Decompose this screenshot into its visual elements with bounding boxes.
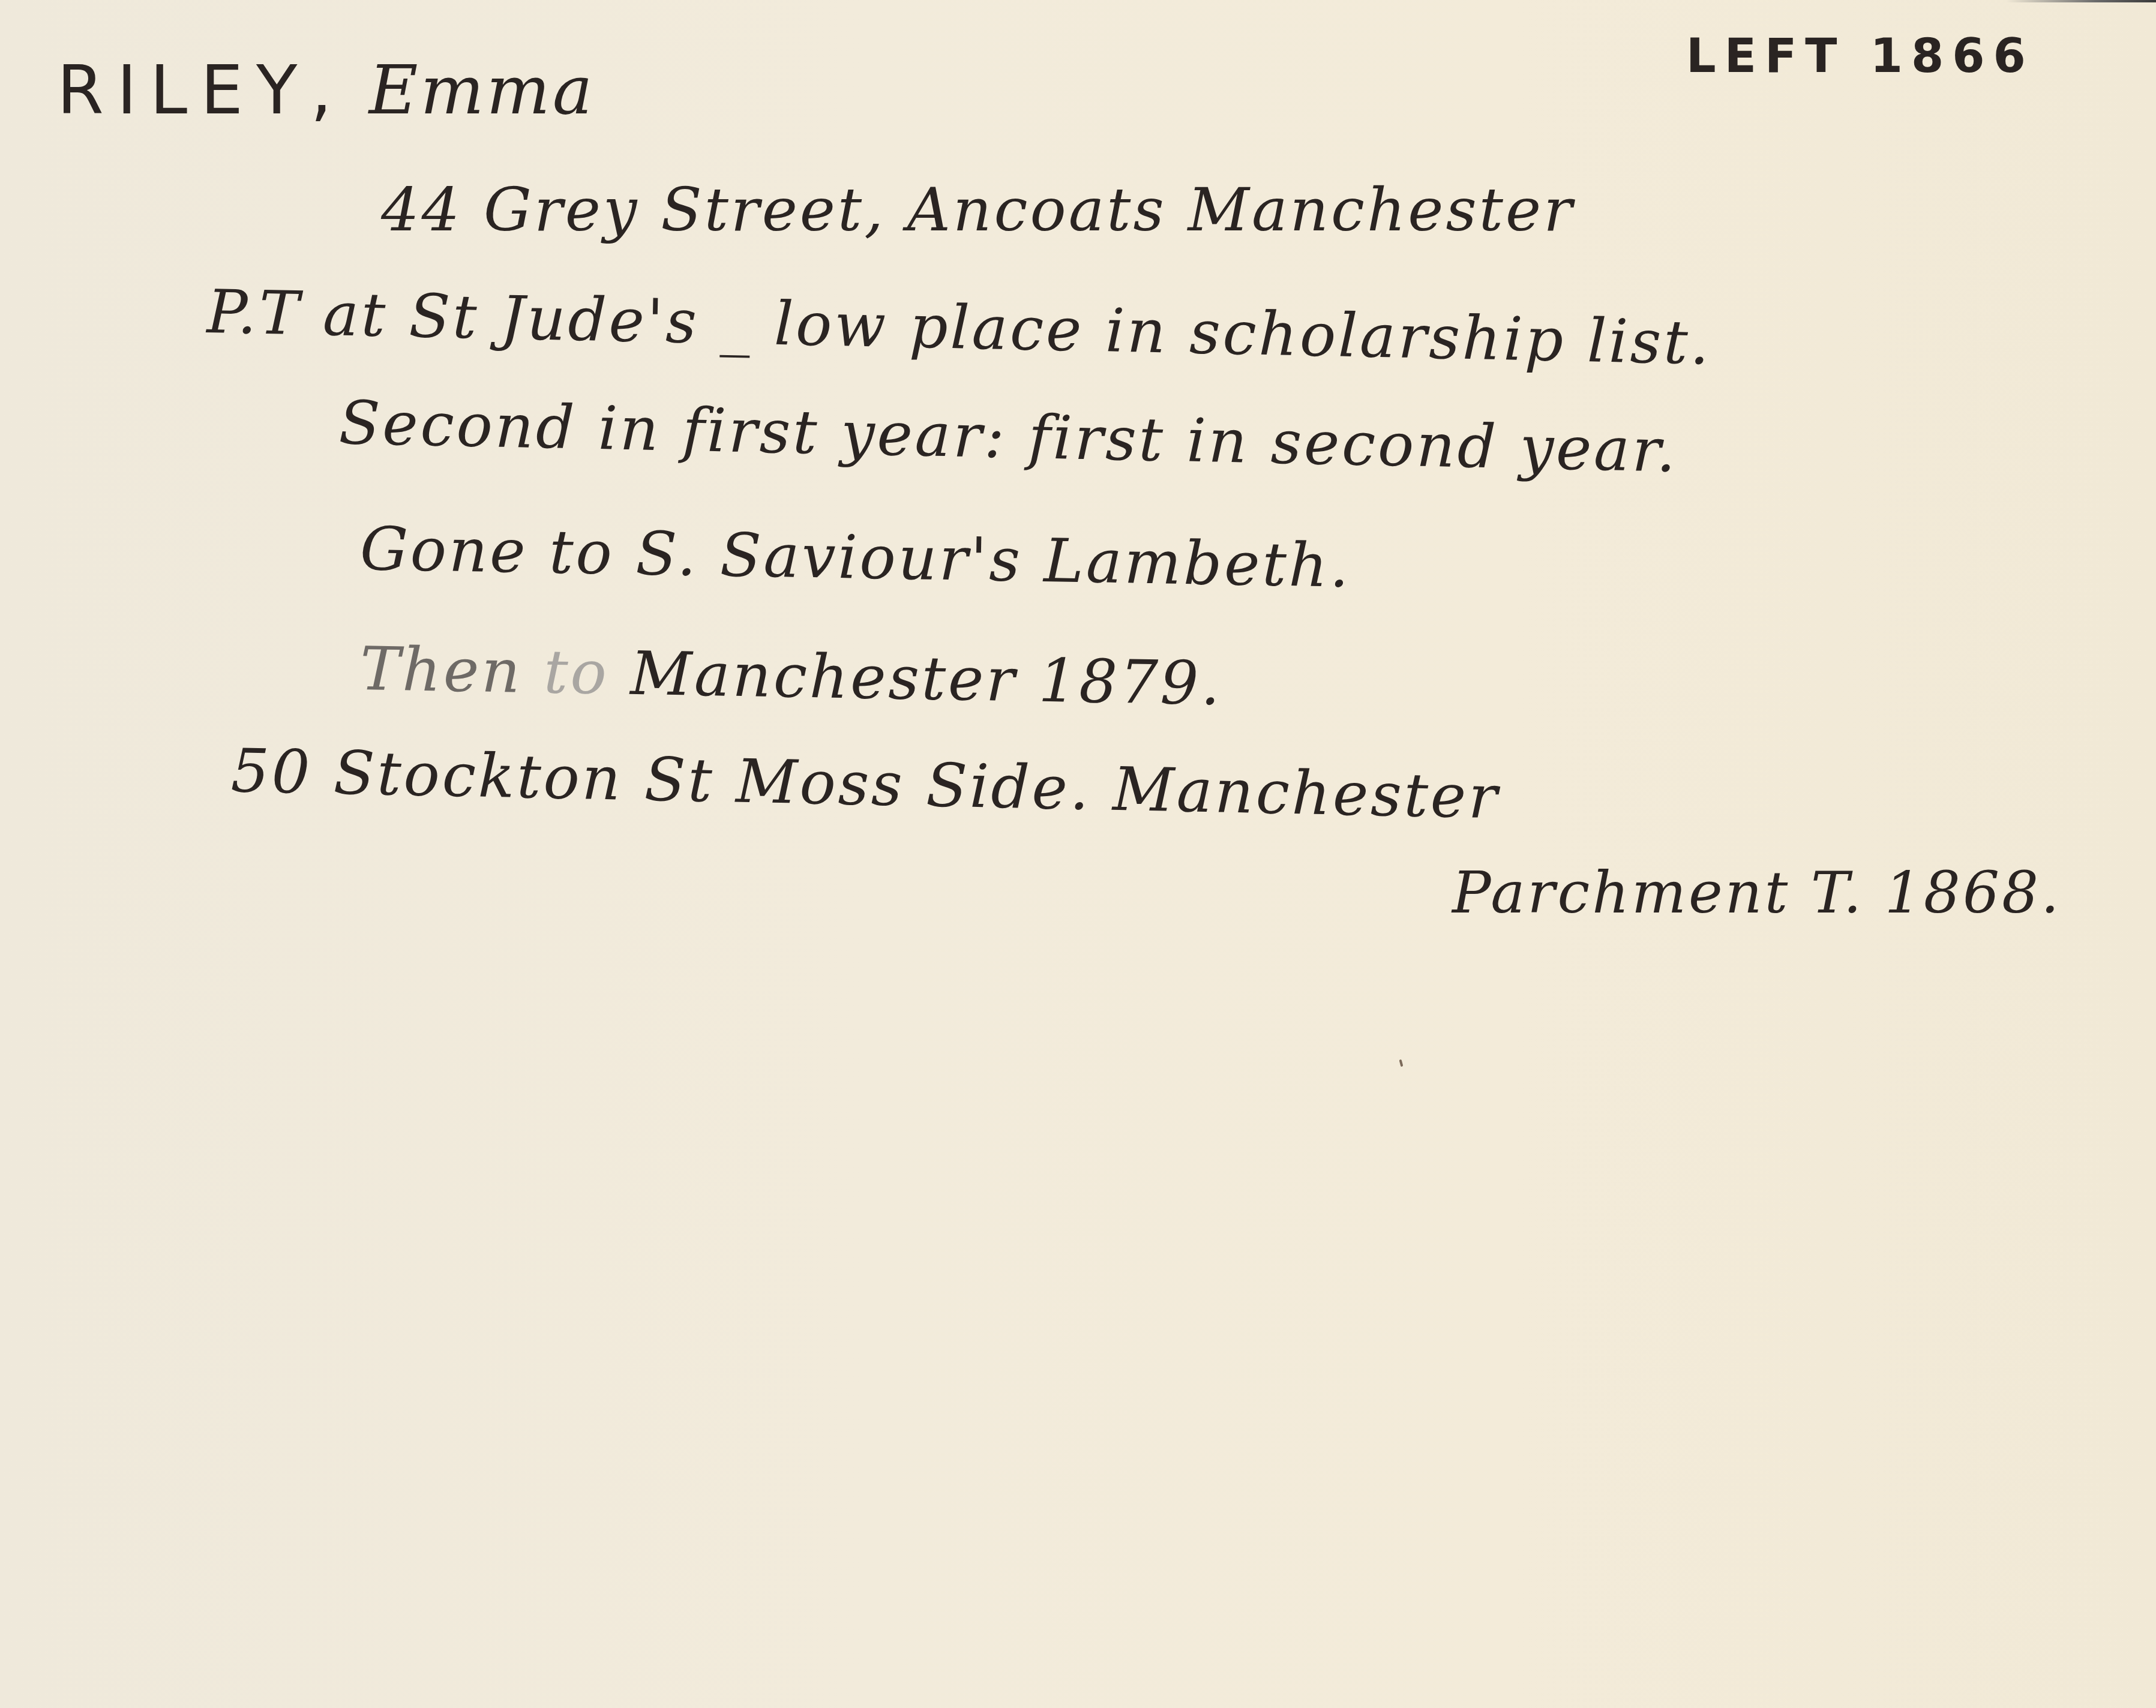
college-results: Second in first year: first in second ye… [338,393,1679,481]
then-word: Then [359,634,523,707]
student-name: RILEY, Emma [57,57,595,124]
then-destination: Manchester 1879. [630,638,1223,719]
scan-edge-shadow [2006,0,2156,2]
left-year-note: LEFT 1866 [1686,33,2034,80]
later-address: 50 Stockton St Moss Side. Manchester [230,741,1500,827]
parchment-note: Parchment T. 1868. [1452,864,2062,921]
pupil-teacher-note: P.T at St Jude's _ low place in scholars… [206,282,1712,373]
gone-to-note: Gone to S. Saviour's Lambeth. [359,519,1352,596]
record-card: RILEY, Emma LEFT 1866 44 Grey Street, An… [0,0,2156,1708]
forename: Emma [369,52,595,130]
home-address: 44 Grey Street, Ancoats Manchester [381,180,1575,240]
surname: RILEY, [57,52,345,130]
paper-speck [1399,1059,1404,1067]
to-word: to [543,637,609,708]
then-to-note: Then to Manchester 1879. [359,639,1223,714]
